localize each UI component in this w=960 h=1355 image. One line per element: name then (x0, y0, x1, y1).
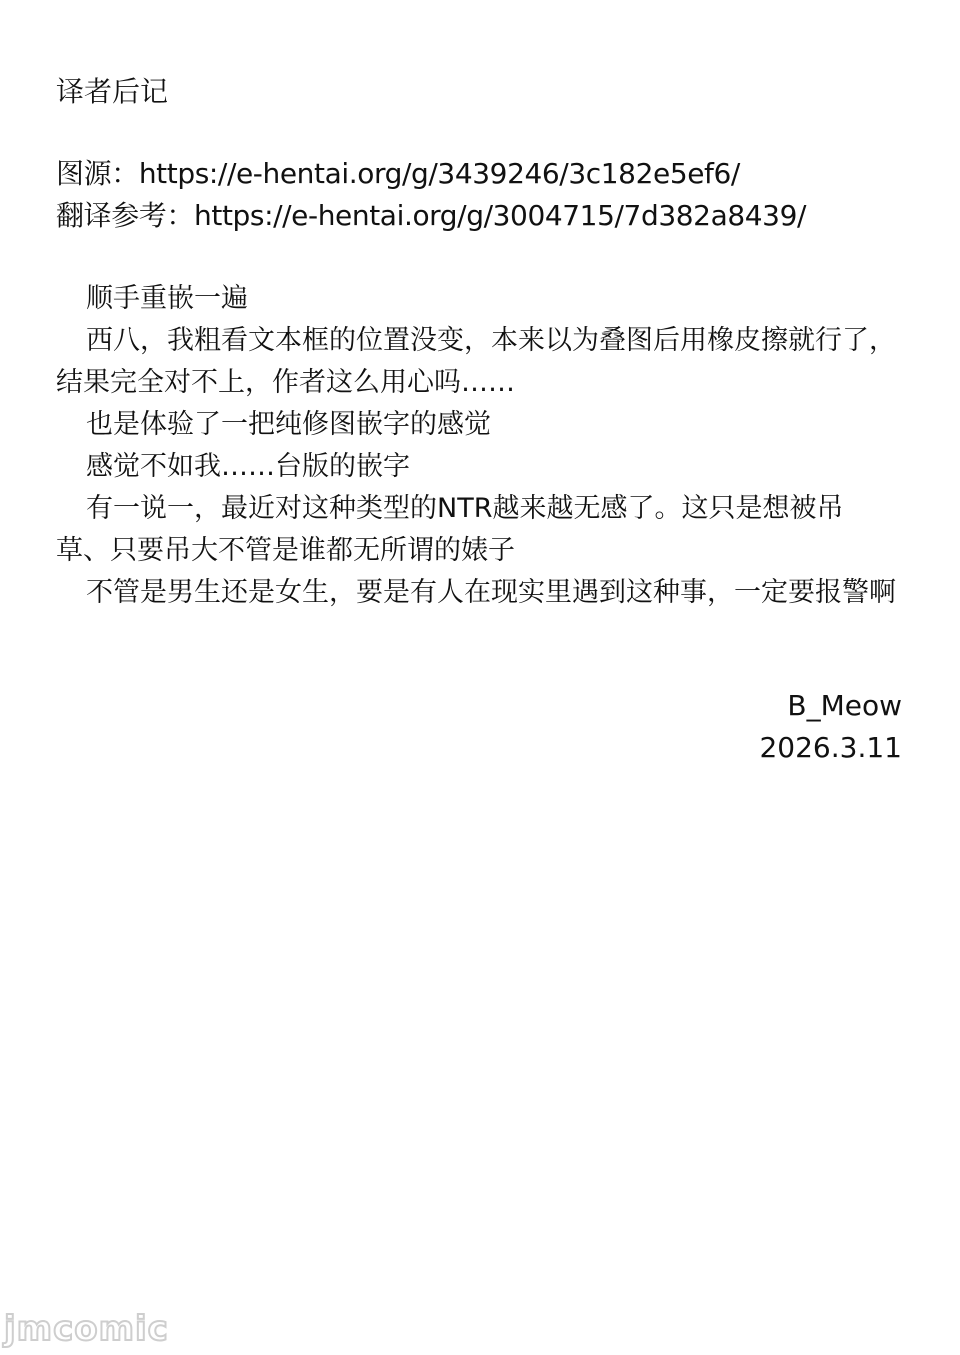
image-source-label: 图源： (56, 157, 139, 190)
paragraph: 西八，我粗看文本框的位置没变，本来以为叠图后用橡皮擦就行了，结果完全对不上，作者… (56, 320, 896, 404)
image-source-url: https://e-hentai.org/g/3439246/3c182e5ef… (139, 157, 740, 190)
paragraph: 感觉不如我……台版的嵌字 (56, 446, 896, 488)
signature-date: 2026.3.11 (759, 728, 902, 768)
jmcomic-watermark-logo: jmcomic (4, 1309, 169, 1349)
signature-name: B_Meow (787, 686, 902, 726)
afterword-body: 顺手重嵌一遍 西八，我粗看文本框的位置没变，本来以为叠图后用橡皮擦就行了，结果完… (56, 278, 896, 614)
paragraph: 不管是男生还是女生，要是有人在现实里遇到这种事，一定要报警啊 (56, 572, 896, 614)
translation-reference-line: 翻译参考：https://e-hentai.org/g/3004715/7d38… (56, 196, 806, 236)
paragraph: 也是体验了一把纯修图嵌字的感觉 (56, 404, 896, 446)
image-source-line: 图源：https://e-hentai.org/g/3439246/3c182e… (56, 154, 740, 194)
paragraph: 有一说一，最近对这种类型的NTR越来越无感了。这只是想被吊草、只要吊大不管是谁都… (56, 488, 896, 572)
translation-reference-url: https://e-hentai.org/g/3004715/7d382a843… (194, 199, 806, 232)
page-title: 译者后记 (56, 72, 168, 112)
paragraph: 顺手重嵌一遍 (56, 278, 896, 320)
translation-reference-label: 翻译参考： (56, 199, 194, 232)
